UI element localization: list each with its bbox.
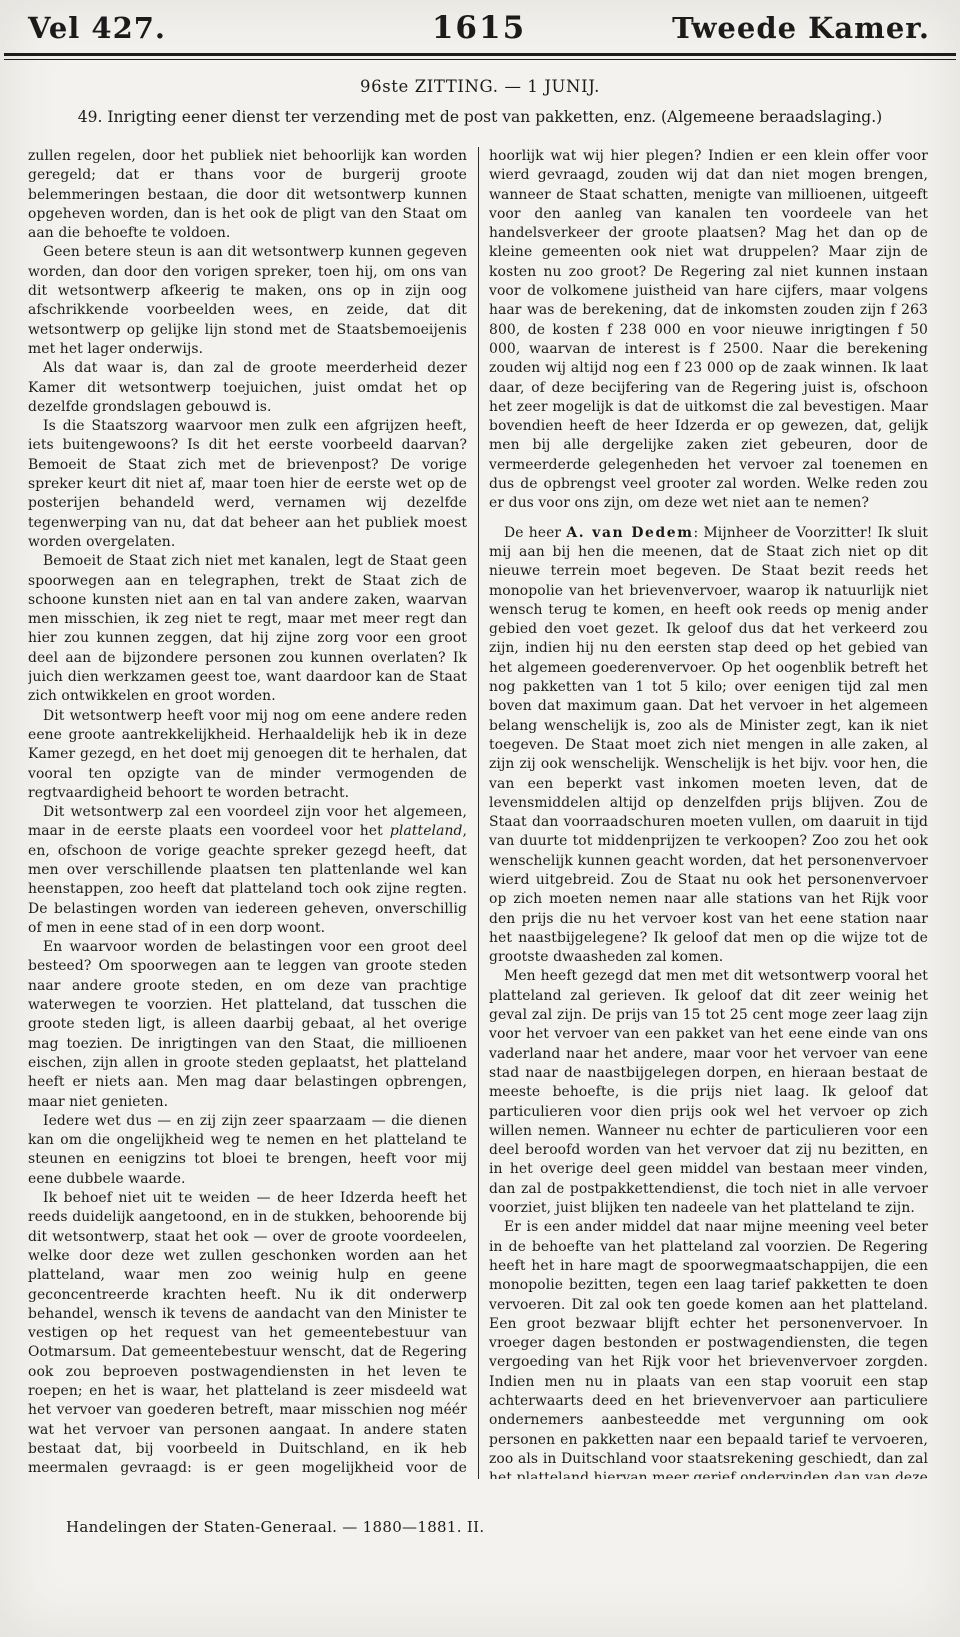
paragraph: Bemoeit de Staat zich niet met kanalen, … xyxy=(28,552,467,706)
text-run: De heer xyxy=(504,525,566,541)
paragraph: Is die Staatszorg waarvoor men zulk een … xyxy=(28,417,467,552)
text-run: Dit wetsontwerp heeft voor mij nog om ee… xyxy=(28,708,467,801)
paragraph: De heer A. van Dedem: Mijnheer de Voorzi… xyxy=(489,524,928,968)
text-run: Bemoeit de Staat zich niet met kanalen, … xyxy=(28,553,467,704)
text-run: hoorlijk wat wij hier plegen? Indien er … xyxy=(489,148,928,511)
text-run: En waarvoor worden de belastingen voor e… xyxy=(28,939,467,1109)
text-body: zullen regelen, door het publiek niet be… xyxy=(28,147,928,1479)
text-run: Als dat waar is, dan zal de groote meerd… xyxy=(28,360,467,415)
column-divider xyxy=(478,147,479,1479)
emphasized-text: platteland xyxy=(390,823,463,839)
speaker-name: A. van Dedem xyxy=(566,525,693,541)
text-run: Men heeft gezegd dat men met dit wetsont… xyxy=(489,968,928,1216)
paragraph: Dit wetsontwerp zal een voordeel zijn vo… xyxy=(28,803,467,938)
text-run: Iedere wet dus — en zij zijn zeer spaarz… xyxy=(28,1113,467,1187)
right-column: hoorlijk wat wij hier plegen? Indien er … xyxy=(489,147,928,1479)
text-run: : Mijnheer de Voorzitter! Ik sluit mij a… xyxy=(489,525,928,966)
page-number: 1615 xyxy=(329,10,630,46)
paragraph: Iedere wet dus — en zij zijn zeer spaarz… xyxy=(28,1112,467,1189)
left-column: zullen regelen, door het publiek niet be… xyxy=(28,147,467,1479)
paragraph: Ik behoef niet uit te weiden — de heer I… xyxy=(28,1189,467,1479)
text-run: Er is een ander middel dat naar mijne me… xyxy=(489,1219,928,1479)
sheet-label: Vel 427. xyxy=(28,11,329,45)
header-double-rule xyxy=(4,53,956,60)
footer-line: Handelingen der Staten-Generaal. — 1880—… xyxy=(66,1518,484,1536)
text-run: Ik behoef niet uit te weiden — de heer I… xyxy=(28,1190,467,1479)
text-run: zullen regelen, door het publiek niet be… xyxy=(28,148,467,241)
paragraph: Als dat waar is, dan zal de groote meerd… xyxy=(28,359,467,417)
text-run: , en, ofschoon de vorige geachte spreker… xyxy=(28,823,467,935)
masthead: Vel 427. 1615 Tweede Kamer. 96ste ZITTIN… xyxy=(0,0,960,126)
text-run: Is die Staatszorg waarvoor men zulk een … xyxy=(28,418,467,550)
paragraph: En waarvoor worden de belastingen voor e… xyxy=(28,938,467,1112)
chamber-title: Tweede Kamer. xyxy=(629,11,930,45)
session-heading: 96ste ZITTING. — 1 JUNIJ. xyxy=(0,77,960,96)
paragraph: Er is een ander middel dat naar mijne me… xyxy=(489,1218,928,1479)
agenda-heading: 49. Inrigting eener dienst ter verzendin… xyxy=(0,108,960,126)
paragraph: hoorlijk wat wij hier plegen? Indien er … xyxy=(489,147,928,514)
text-run: Geen betere steun is aan dit wetsontwerp… xyxy=(28,244,467,356)
paragraph: Geen betere steun is aan dit wetsontwerp… xyxy=(28,243,467,359)
paragraph: zullen regelen, door het publiek niet be… xyxy=(28,147,467,243)
paragraph: Men heeft gezegd dat men met dit wetsont… xyxy=(489,967,928,1218)
document-page: Vel 427. 1615 Tweede Kamer. 96ste ZITTIN… xyxy=(0,0,960,1637)
paragraph: Dit wetsontwerp heeft voor mij nog om ee… xyxy=(28,707,467,803)
